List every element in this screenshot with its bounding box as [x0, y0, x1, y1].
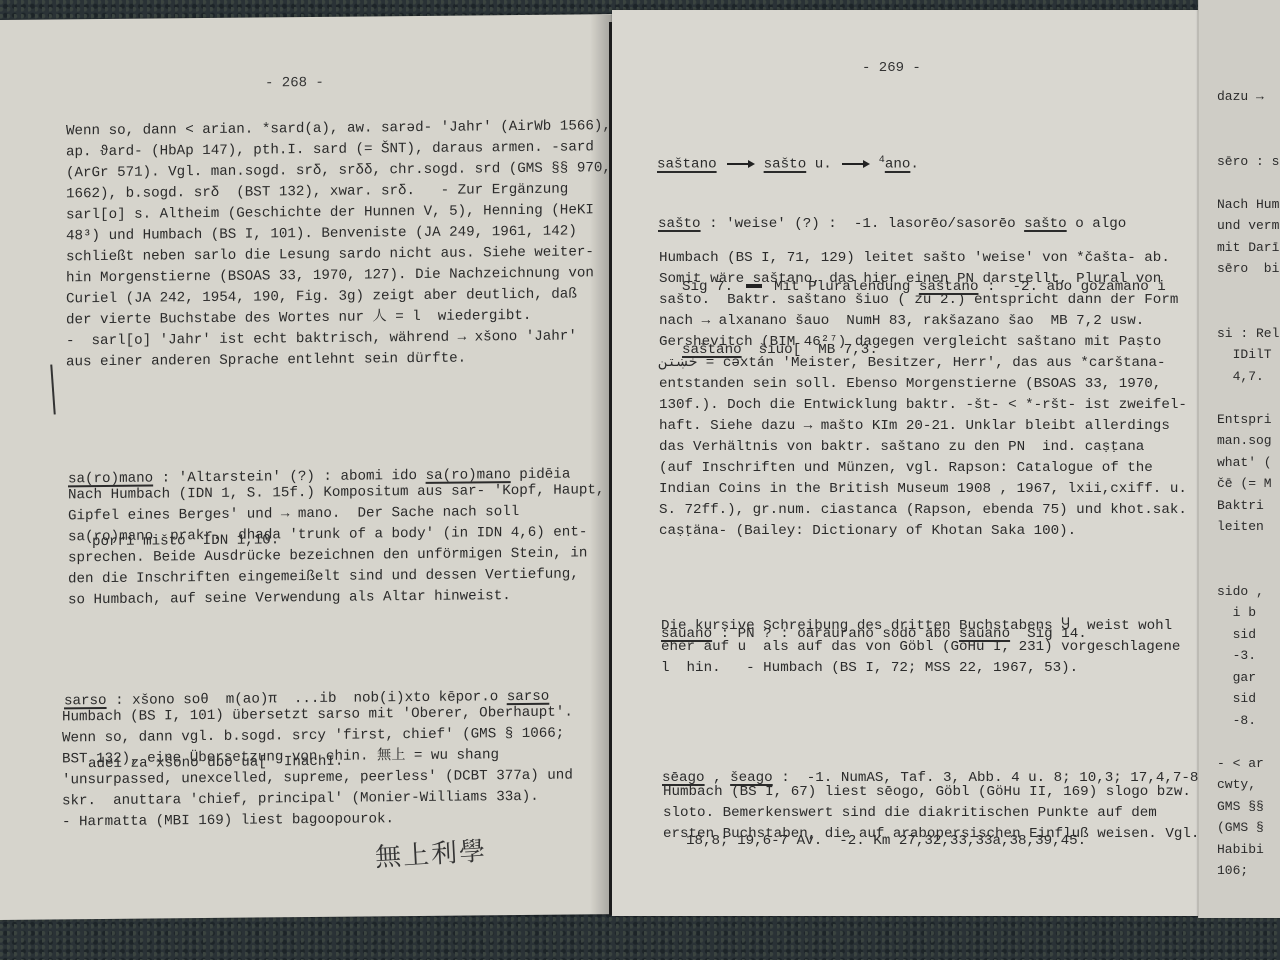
paragraph-saromano: Nach Humbach (IDN 1, S. 15f.) Kompositum… [68, 480, 604, 611]
paragraph-sarso: Humbach (BS I, 101) übersetzt sarso mit … [62, 703, 573, 834]
text-line: -3. [1217, 645, 1280, 667]
fragment-text: dazu → sēro : sē Nach Humund vermmit Dar… [1217, 86, 1280, 882]
text-line: Nach Hum [1217, 194, 1280, 216]
text-line [1217, 387, 1280, 409]
left-page: - 268 - Wenn so, dann < arian. *sard(a),… [0, 14, 612, 920]
text-line: und verm [1217, 215, 1280, 237]
text-line: 130f.). Doch die Entwicklung baktr. -št-… [659, 395, 1187, 416]
text-line: 4,7. [1217, 366, 1280, 388]
text: o algo [1067, 216, 1127, 232]
page-number: - 269 - [862, 60, 921, 76]
paragraph-sauano: Die kursive Schreibung des dritten Buchs… [661, 616, 1180, 679]
text-line: sido , [1217, 581, 1280, 603]
text-line [1217, 172, 1280, 194]
text-line: Indian Coins in the British Museum 1908 … [659, 479, 1187, 500]
text-line: i b [1217, 602, 1280, 624]
text-line [1217, 301, 1280, 323]
spine-line [609, 22, 612, 915]
text-line [1217, 108, 1280, 130]
text-line: sid [1217, 624, 1280, 646]
text-line: si : Rel [1217, 323, 1280, 345]
text-line: Die kursive Schreibung des dritten Buchs… [661, 616, 1180, 637]
text-line: entstanden sein soll. Ebenso Morgenstier… [659, 374, 1187, 395]
text-line: Entspri [1217, 409, 1280, 431]
text-line: dazu → [1217, 86, 1280, 108]
text-line: ersten Buchstaben, die auf arabopersisch… [663, 824, 1199, 845]
text-line: l hin. - Humbach (BS I, 72; MSS 22, 1967… [661, 658, 1180, 679]
page-number: - 268 - [265, 75, 324, 92]
text-line: خښتن = cəxtán 'Meister, Besitzer, Herr',… [659, 353, 1187, 374]
text-line: eher auf u als auf das von Göbl (GöHu I,… [661, 637, 1180, 658]
text-line: Humbach (BS I, 71, 129) leitet sašto 'we… [659, 248, 1187, 269]
headword: saštano [657, 157, 717, 173]
entry-line: : 'weise' (?) : -1. lasorēo/sasorēo [701, 216, 1025, 232]
text-line: man.sog [1217, 430, 1280, 452]
text-line: leiten [1217, 516, 1280, 538]
text-line: sloto. Bemerkenswert sind die diakritisc… [663, 803, 1199, 824]
text-line: Humbach (BS I, 67) liest sēogo, Göbl (Gö… [663, 782, 1199, 803]
text-line: nach → alxanano šauo NumH 83, rakšazano … [659, 311, 1187, 332]
ref-word: sašto [764, 157, 807, 173]
paragraph-sasto: Humbach (BS I, 71, 129) leitet sašto 'we… [659, 248, 1187, 542]
text-line: - Harmatta (MBI 169) liest bagoopourok. [62, 808, 573, 834]
text-line [1217, 129, 1280, 151]
text-line: sid [1217, 688, 1280, 710]
text: u. [806, 157, 840, 173]
text-line: mit Darī [1217, 237, 1280, 259]
text: . [910, 157, 919, 173]
next-page-fragment: dazu → sēro : sē Nach Humund vermmit Dar… [1198, 0, 1280, 918]
paragraph-seago: Humbach (BS I, 67) liest sēogo, Göbl (Gö… [663, 782, 1199, 845]
text-line: Habibi [1217, 839, 1280, 861]
text-line: aus einer anderen Sprache entlehnt sein … [66, 347, 611, 373]
text-line: what' ( [1217, 452, 1280, 474]
text-line: S. 72ff.), gr.num. ciastanca (Rapson, eb… [659, 500, 1187, 521]
text-line: (GMS § [1217, 817, 1280, 839]
arrow-icon [842, 163, 868, 165]
text-line: Gershevitch (BIM 46²⁷) dagegen vergleich… [659, 332, 1187, 353]
text-line: caṣṭäna- (Bailey: Dictionary of Khotan S… [659, 521, 1187, 542]
text-line: 106; [1217, 860, 1280, 882]
text-line: (auf Inschriften und Münzen, vgl. Rapson… [659, 458, 1187, 479]
text-line: gar [1217, 667, 1280, 689]
text-line: das Verhältnis von baktr. saštano zu den… [659, 437, 1187, 458]
text-line [1217, 538, 1280, 560]
text-line: Baktri [1217, 495, 1280, 517]
margin-mark [50, 364, 55, 414]
arrow-icon [727, 163, 753, 165]
text-line: - < ar [1217, 753, 1280, 775]
text-line: so Humbach, auf seine Verwendung als Alt… [68, 585, 604, 611]
text-line: GMS §§ [1217, 796, 1280, 818]
right-page: - 269 - saštano sašto u. 4ano. sašto : '… [612, 10, 1212, 916]
text-line [1217, 731, 1280, 753]
headword: sašto [658, 216, 701, 232]
text-line: sašto. Baktr. saštano šiuo ( zu 2.) ents… [659, 290, 1187, 311]
text-line: sēro : sē [1217, 151, 1280, 173]
text-line [1217, 280, 1280, 302]
text-line: čē (= M [1217, 473, 1280, 495]
text-line: cwty, [1217, 774, 1280, 796]
ref-word: ano [885, 157, 911, 173]
quote-word: sašto [1024, 216, 1067, 232]
text-line [1217, 559, 1280, 581]
text-line: haft. Siehe dazu → mašto KIm 20-21. Unkl… [659, 416, 1187, 437]
paragraph-sard: Wenn so, dann < arian. *sard(a), aw. sar… [66, 116, 611, 373]
handwritten-note: 無上利學 [374, 830, 488, 874]
text-line: IDilT [1217, 344, 1280, 366]
text-line: sēro bi [1217, 258, 1280, 280]
text-line: -8. [1217, 710, 1280, 732]
text-line: Somit wäre saštano, das hier einen PN da… [659, 269, 1187, 290]
